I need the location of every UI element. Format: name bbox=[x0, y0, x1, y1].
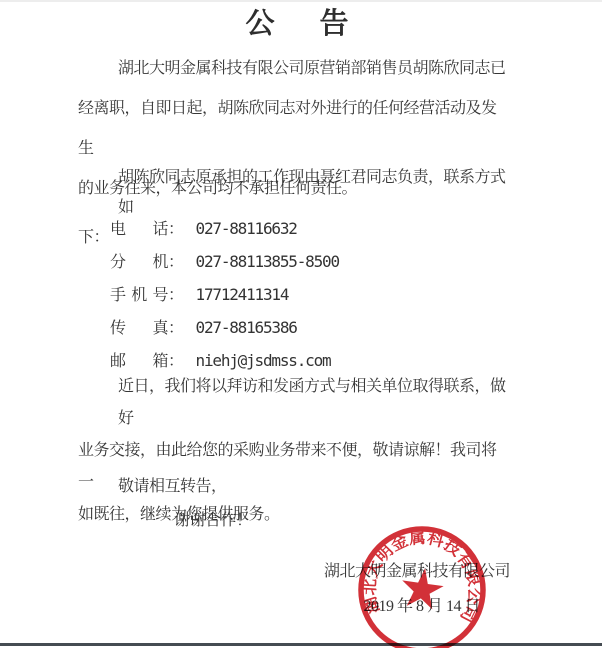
bottom-edge-line bbox=[0, 643, 602, 646]
notice-line: 敬请相互转告， bbox=[78, 471, 550, 503]
contact-list: 电话：027-88116632 分机：027-88113855-8500 手机号… bbox=[78, 213, 510, 378]
seal-svg: 湖北大明金属科技有限公司 bbox=[356, 524, 488, 648]
contact-value-email: niehj@jsdmss.com bbox=[196, 351, 331, 370]
contact-value-fax: 027-88165386 bbox=[196, 318, 297, 337]
page-title: 公 告 bbox=[0, 1, 602, 42]
contact-value-extension: 027-88113855-8500 bbox=[196, 252, 339, 271]
contact-colon: ： bbox=[168, 214, 184, 246]
thanks-line: 谢谢合作！ bbox=[78, 505, 602, 537]
contact-row-phone: 电话：027-88116632 bbox=[78, 213, 510, 246]
company-seal-stamp: 湖北大明金属科技有限公司 bbox=[356, 524, 488, 648]
contact-row-extension: 分机：027-88113855-8500 bbox=[78, 246, 510, 279]
paragraph-line: 经离职，自即日起，胡陈欣同志对外进行的任何经营活动及发生 bbox=[78, 89, 510, 169]
paragraph-line: 湖北大明金属科技有限公司原营销部销售员胡陈欣同志已 bbox=[78, 49, 510, 89]
announcement-document: 公 告 湖北大明金属科技有限公司原营销部销售员胡陈欣同志已 经离职，自即日起，胡… bbox=[0, 0, 602, 648]
contact-row-fax: 传真：027-88165386 bbox=[78, 312, 510, 345]
contact-label: 手机号 bbox=[110, 280, 168, 312]
star-icon bbox=[399, 565, 446, 610]
contact-label: 分机 bbox=[110, 247, 168, 279]
contact-row-mobile: 手机号：17712411314 bbox=[78, 279, 510, 312]
contact-value-phone: 027-88116632 bbox=[196, 219, 297, 238]
contact-colon: ： bbox=[168, 280, 184, 312]
contact-colon: ： bbox=[168, 313, 184, 345]
paragraph-line: 近日，我们将以拜访和发函方式与相关单位取得联系，做好 bbox=[78, 371, 510, 435]
contact-label: 电话 bbox=[110, 214, 168, 246]
contact-value-mobile: 17712411314 bbox=[196, 285, 289, 304]
contact-colon: ： bbox=[168, 247, 184, 279]
seal-inner: 湖北大明金属科技有限公司 bbox=[356, 524, 488, 632]
contact-label: 传真 bbox=[110, 313, 168, 345]
